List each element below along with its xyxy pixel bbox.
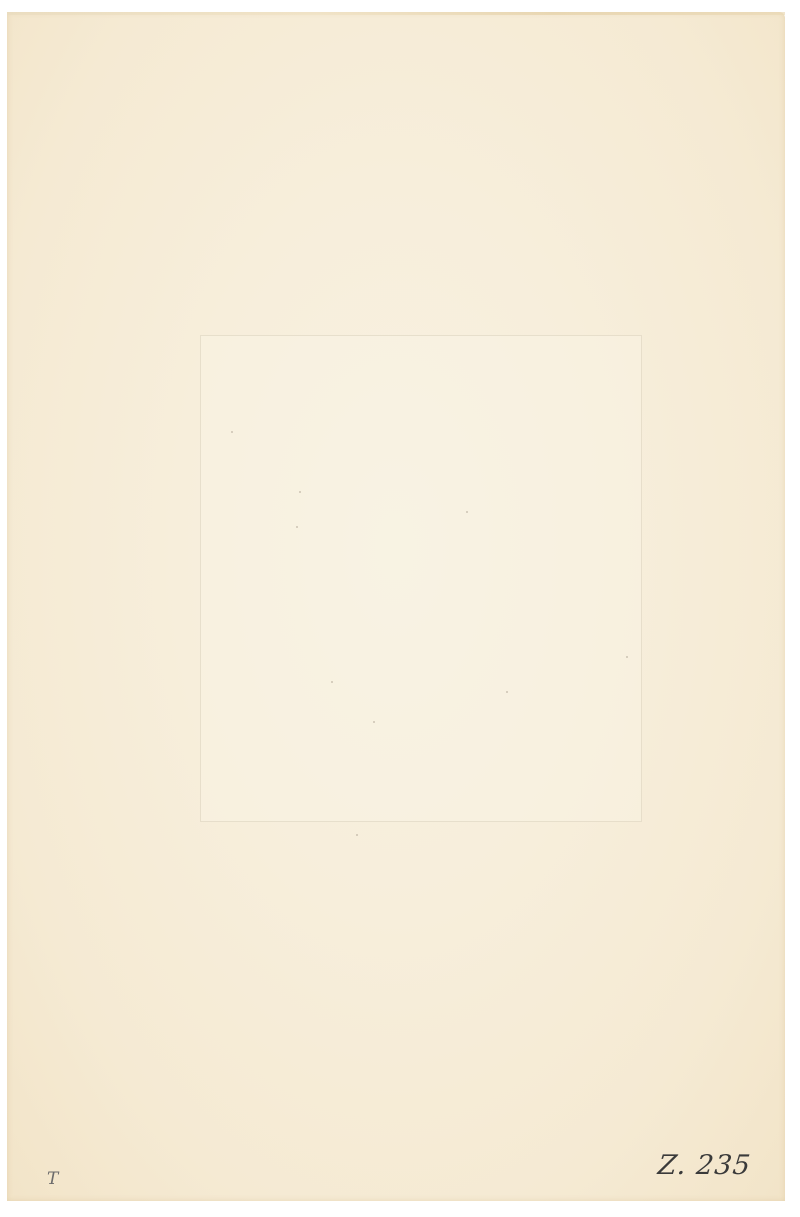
paper-speck bbox=[356, 834, 358, 836]
handwritten-catalog-number: Z. 235 bbox=[656, 1150, 752, 1181]
paper-speck bbox=[466, 511, 468, 513]
paper-speck bbox=[626, 656, 628, 658]
paper-speck bbox=[506, 691, 508, 693]
handwritten-corner-mark: T bbox=[47, 1169, 58, 1189]
paper-speck bbox=[231, 431, 233, 433]
paper-speck bbox=[373, 721, 375, 723]
paper-speck bbox=[299, 491, 301, 493]
plate-mark-impression bbox=[200, 335, 642, 822]
paper-sheet: T Z. 235 bbox=[7, 12, 785, 1201]
paper-speck bbox=[331, 681, 333, 683]
paper-speck bbox=[296, 526, 298, 528]
